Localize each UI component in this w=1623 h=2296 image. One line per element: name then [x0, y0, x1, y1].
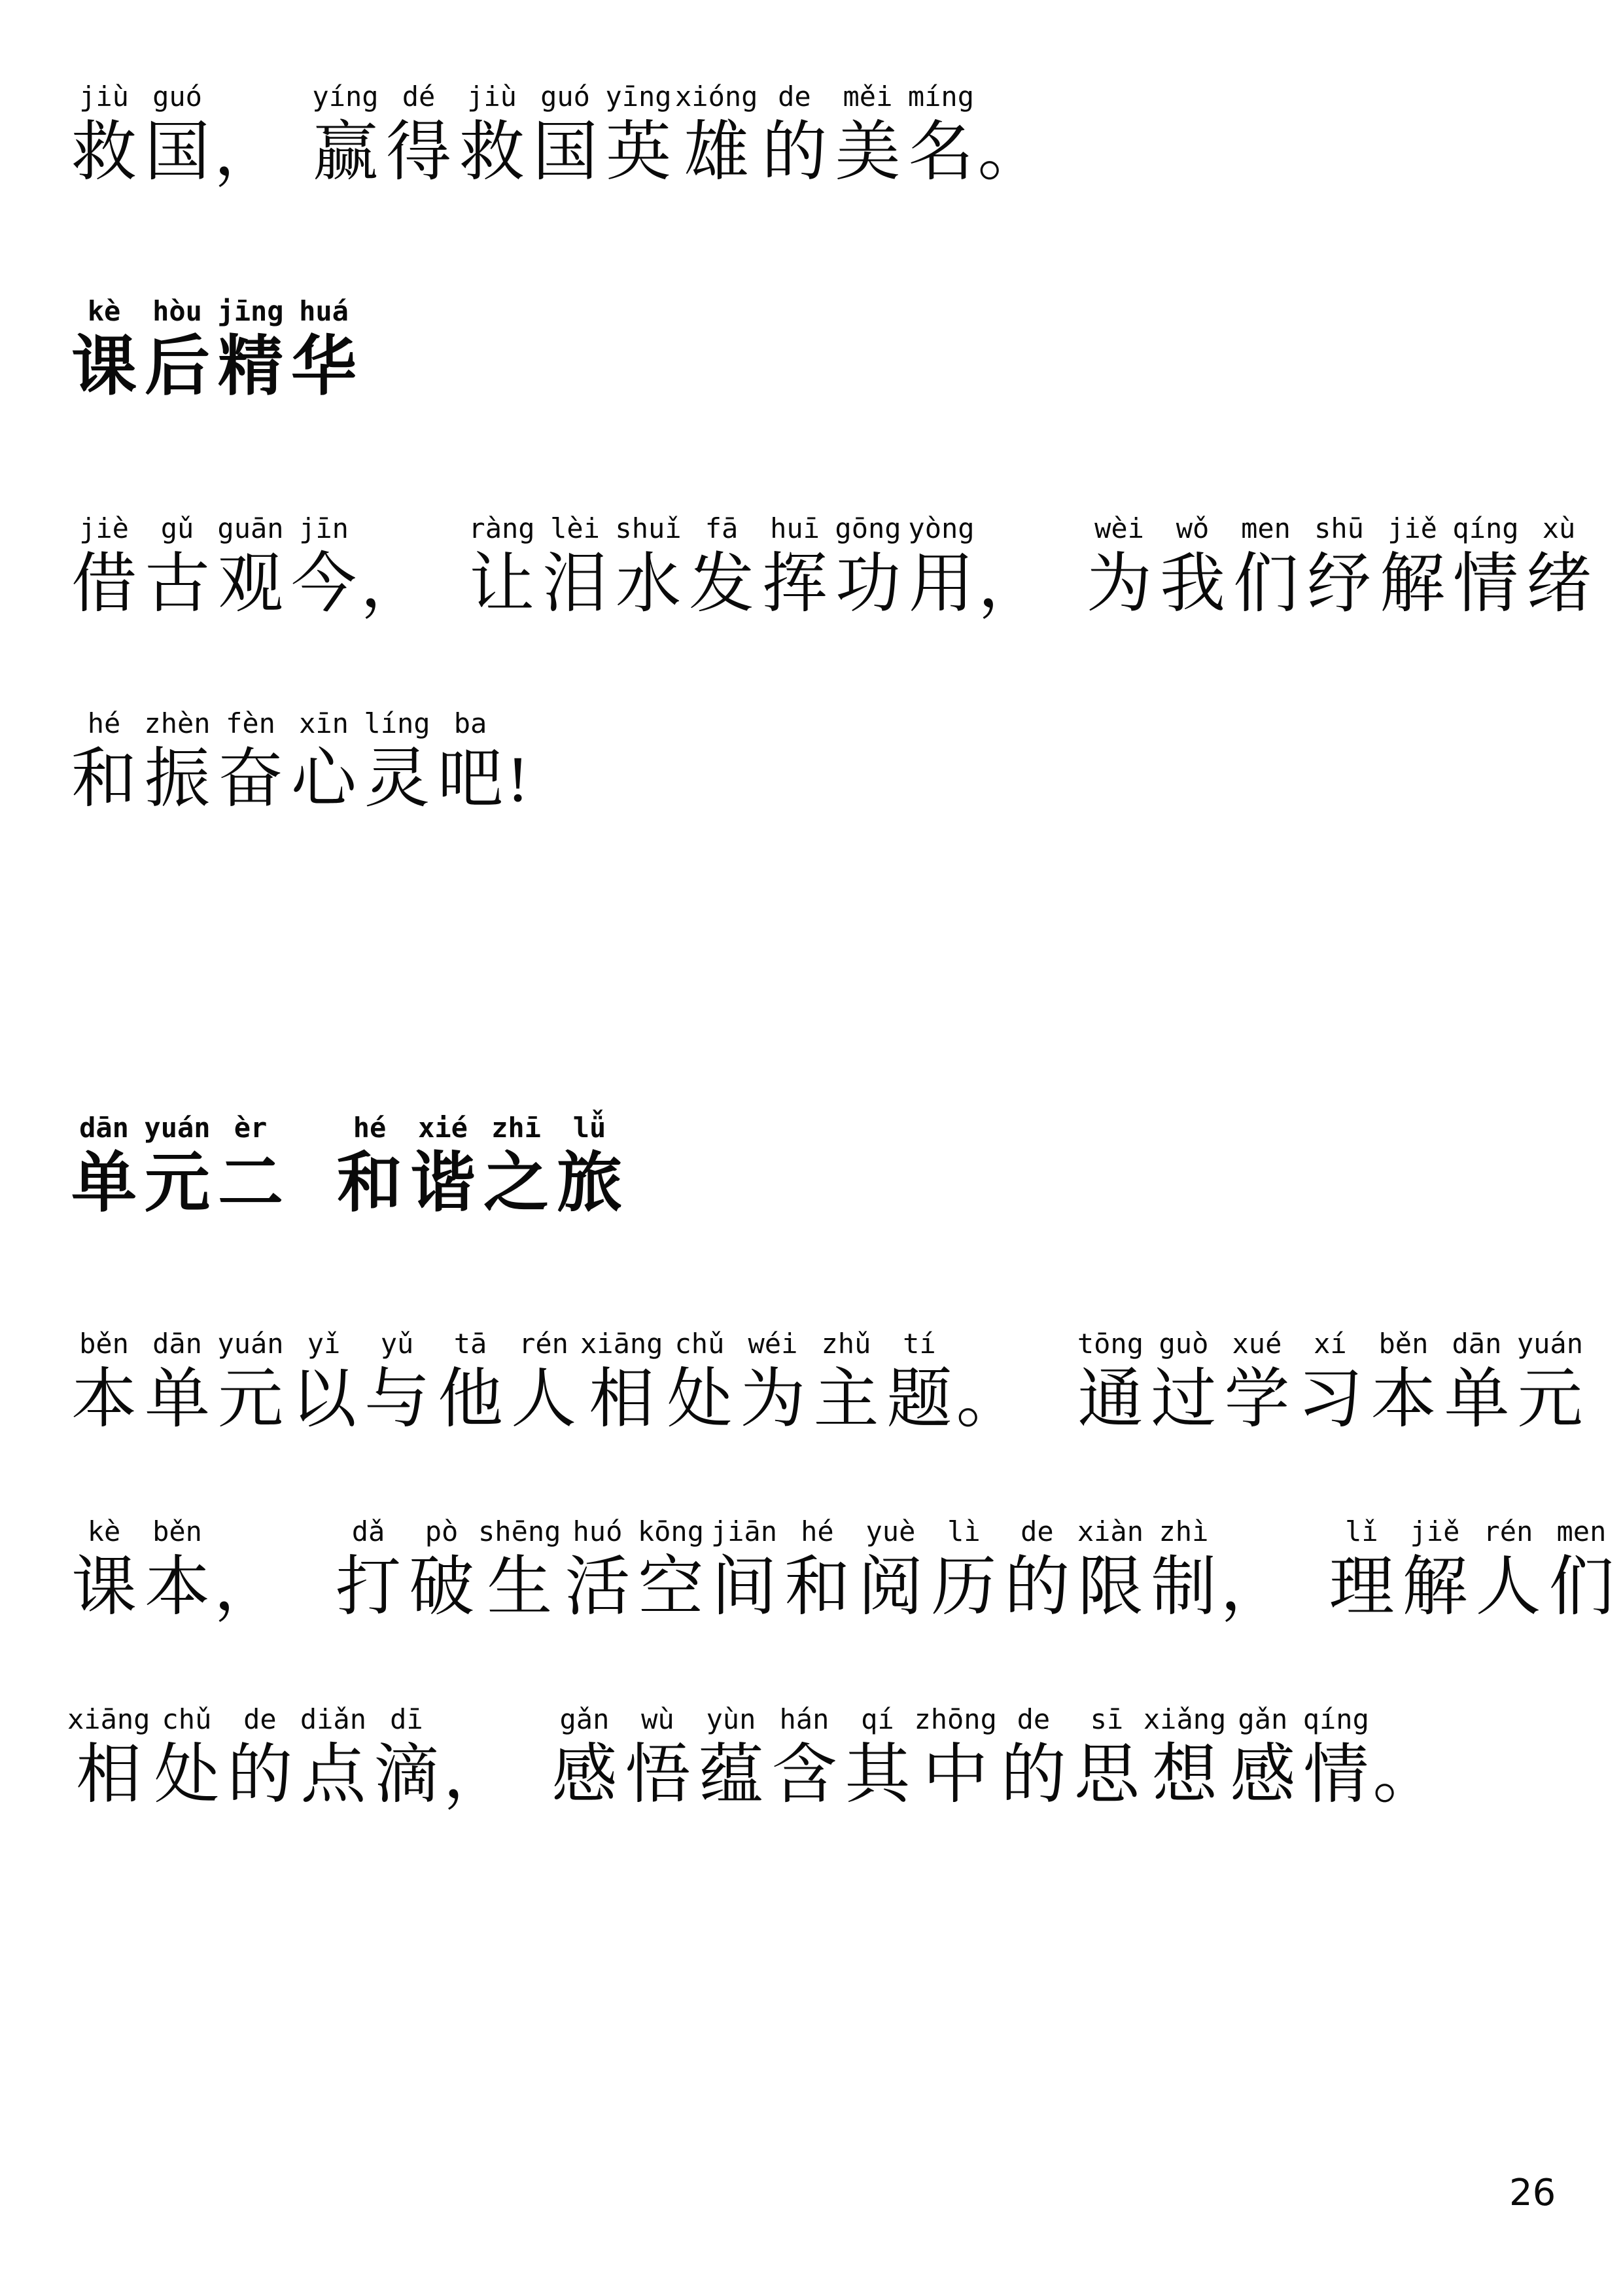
pinyin-text: qíng — [1303, 1703, 1369, 1737]
ruby-unit: xiàn限 — [1073, 1515, 1147, 1626]
hanzi-text: 打 — [336, 1549, 401, 1626]
ruby-unit: shū纾 — [1302, 512, 1376, 623]
hanzi-text: 的 — [227, 1737, 292, 1814]
pinyin-text: shēng — [478, 1515, 561, 1549]
ruby-unit: jīn今 — [287, 512, 360, 623]
pinyin-text: de — [1017, 1703, 1051, 1737]
page-number: 26 — [1509, 2174, 1556, 2213]
hanzi-text: 学 — [1224, 1361, 1289, 1438]
hanzi-text: ， — [214, 1549, 279, 1626]
pinyin-hanzi-line: běn本dān单yuán元yǐ以yǔ与tā他rén人xiāng相chǔ处wéi为… — [67, 1327, 1586, 1438]
hanzi-text: 处 — [667, 1361, 732, 1438]
hanzi-text: 制 — [1151, 1549, 1216, 1626]
hanzi-text: ， — [443, 1737, 508, 1814]
ruby-unit: xiǎng想 — [1143, 1703, 1226, 1814]
hanzi-text: 课 — [71, 328, 137, 406]
ruby-unit: ! — [507, 707, 534, 818]
hanzi-text: 雄 — [684, 114, 749, 191]
ruby-unit: jiè借 — [67, 512, 141, 623]
ruby-unit: hé和 — [67, 707, 141, 818]
pinyin-hanzi-line: kè课běn本，dǎ打pò破shēng生huó活kōng空jiān间hé和yuè… — [67, 1515, 1618, 1626]
hanzi-text: 们 — [1548, 1549, 1614, 1626]
hanzi-text: 今 — [291, 546, 357, 623]
hanzi-text: 们 — [1233, 546, 1299, 623]
hanzi-text: 谐 — [410, 1145, 476, 1222]
hanzi-text: 想 — [1152, 1737, 1217, 1814]
ruby-unit: men们 — [1544, 1515, 1618, 1626]
ruby-unit: shēng生 — [478, 1515, 561, 1626]
pinyin-text: jiù — [79, 80, 129, 114]
ruby-unit: gǎn感 — [1226, 1703, 1299, 1814]
pinyin-text: ràng — [468, 512, 534, 546]
hanzi-text: 元 — [1517, 1361, 1582, 1438]
ruby-unit: xiāng相 — [67, 1703, 150, 1814]
pinyin-text: pò — [425, 1515, 459, 1549]
hanzi-text: 名 — [908, 114, 973, 191]
hanzi-text: 。 — [1372, 1737, 1438, 1814]
pinyin-text: xióng — [675, 80, 758, 114]
ruby-unit: xí习 — [1293, 1327, 1367, 1438]
pinyin-hanzi-line: dān单yuán元èr二hé和xié谐zhī之lǚ旅 — [67, 1111, 626, 1222]
ruby-unit: yuán元 — [1513, 1327, 1586, 1438]
pinyin-text: dān — [79, 1111, 129, 1145]
ruby-unit: lì历 — [927, 1515, 1000, 1626]
pinyin-text: chǔ — [675, 1327, 725, 1361]
pinyin-text: zhǔ — [822, 1327, 871, 1361]
hanzi-text: 和 — [784, 1549, 850, 1626]
hanzi-text: 我 — [1160, 546, 1225, 623]
hanzi-text: 为 — [740, 1361, 805, 1438]
pinyin-text: lèi — [550, 512, 600, 546]
ruby-unit: dān单 — [1440, 1327, 1513, 1438]
pinyin-text: yòng — [908, 512, 974, 546]
pinyin-text: yuán — [1517, 1327, 1583, 1361]
pinyin-text: xié — [418, 1111, 468, 1145]
hanzi-text: ， — [360, 546, 426, 623]
pinyin-text: shū — [1314, 512, 1364, 546]
ruby-unit: zhǔ主 — [809, 1327, 882, 1438]
ruby-unit: yuè阅 — [854, 1515, 927, 1626]
hanzi-text: 处 — [154, 1737, 219, 1814]
ruby-unit: jiù救 — [455, 80, 529, 191]
ruby-unit: 。 — [956, 1327, 1021, 1438]
ruby-unit: men们 — [1229, 512, 1302, 623]
pinyin-text: xiāng — [67, 1703, 150, 1737]
hanzi-text: 以 — [291, 1361, 357, 1438]
ruby-unit: jiě解 — [1398, 1515, 1471, 1626]
ruby-unit: tōng通 — [1073, 1327, 1147, 1438]
hanzi-text: 为 — [1087, 546, 1152, 623]
ruby-unit: xióng雄 — [675, 80, 758, 191]
hanzi-text: ! — [507, 741, 529, 818]
hanzi-text: 点 — [300, 1737, 366, 1814]
ruby-unit: yíng赢 — [309, 80, 382, 191]
hanzi-text: 古 — [145, 546, 210, 623]
ruby-unit: diǎn点 — [296, 1703, 370, 1814]
ruby-unit: kè课 — [67, 294, 141, 406]
pinyin-text: jīn — [299, 512, 349, 546]
hanzi-text: 情 — [1453, 546, 1518, 623]
pinyin-text: dān — [1452, 1327, 1502, 1361]
pinyin-text: dān — [152, 1327, 202, 1361]
ruby-unit: dé得 — [382, 80, 455, 191]
hanzi-text: 相 — [589, 1361, 654, 1438]
hanzi-text: 活 — [565, 1549, 630, 1626]
hanzi-text: 元 — [145, 1145, 210, 1222]
pinyin-text: guó — [152, 80, 202, 114]
hanzi-text: 主 — [813, 1361, 879, 1438]
pinyin-text: běn — [152, 1515, 202, 1549]
hanzi-text: 通 — [1077, 1361, 1143, 1438]
hanzi-text: 和 — [337, 1145, 402, 1222]
ruby-unit: xù绪 — [1522, 512, 1596, 623]
hanzi-text: 本 — [1370, 1361, 1436, 1438]
ruby-unit: qíng情 — [1299, 1703, 1372, 1814]
ruby-unit — [1043, 512, 1083, 623]
pinyin-text: qíng — [1452, 512, 1518, 546]
ruby-unit: ， — [214, 1515, 279, 1626]
hanzi-text: 灵 — [364, 741, 430, 818]
ruby-unit: dān单 — [141, 1327, 214, 1438]
pinyin-text: hé — [801, 1515, 834, 1549]
pinyin-text: huá — [299, 294, 349, 328]
pinyin-text: jiān — [711, 1515, 777, 1549]
hanzi-text: 后 — [145, 328, 210, 406]
hanzi-text: 国 — [145, 114, 210, 191]
ruby-unit: wéi为 — [736, 1327, 809, 1438]
ruby-unit: pò破 — [405, 1515, 478, 1626]
pinyin-text: chǔ — [162, 1703, 212, 1737]
ruby-unit: gōng功 — [831, 512, 905, 623]
hanzi-text: 理 — [1329, 1549, 1394, 1626]
ruby-unit: zhì制 — [1147, 1515, 1220, 1626]
hanzi-text: 救 — [71, 114, 137, 191]
pinyin-text: xué — [1232, 1327, 1282, 1361]
hanzi-text: 间 — [711, 1549, 777, 1626]
hanzi-text: 解 — [1402, 1549, 1467, 1626]
pinyin-text: gōng — [835, 512, 901, 546]
ruby-unit: ， — [214, 80, 279, 191]
pinyin-text: hòu — [152, 294, 202, 328]
pinyin-text: běn — [79, 1327, 129, 1361]
pinyin-hanzi-line: hé和zhèn振fèn奋xīn心líng灵ba吧! — [67, 707, 534, 818]
hanzi-text: 的 — [1001, 1737, 1066, 1814]
hanzi-text: 借 — [71, 546, 137, 623]
pinyin-text: lǐ — [1345, 1515, 1378, 1549]
ruby-unit: zhèn振 — [141, 707, 214, 818]
pinyin-text: zhì — [1159, 1515, 1209, 1549]
hanzi-text: 让 — [469, 546, 534, 623]
ruby-unit: guó国 — [141, 80, 214, 191]
ruby-unit — [1285, 1515, 1325, 1626]
ruby-unit: lǚ旅 — [553, 1111, 626, 1222]
ruby-unit: hán含 — [767, 1703, 841, 1814]
ruby-unit: huó活 — [561, 1515, 634, 1626]
ruby-unit: ràng让 — [465, 512, 538, 623]
ruby-unit: jiù救 — [67, 80, 141, 191]
ruby-unit: de的 — [997, 1703, 1070, 1814]
ruby-unit: 。 — [1372, 1703, 1438, 1814]
hanzi-text: 相 — [76, 1737, 141, 1814]
hanzi-text: 单 — [71, 1145, 137, 1222]
ruby-unit: jiān间 — [707, 1515, 780, 1626]
ruby-unit: tí题 — [882, 1327, 956, 1438]
pinyin-text: tōng — [1077, 1327, 1143, 1361]
hanzi-text: 英 — [606, 114, 671, 191]
pinyin-text: yuè — [866, 1515, 916, 1549]
ruby-unit: líng灵 — [360, 707, 434, 818]
ruby-unit: xué学 — [1220, 1327, 1293, 1438]
pinyin-hanzi-line: xiāng相chǔ处de的diǎn点dī滴，gǎn感wù悟yùn蕴hán含qí其… — [67, 1703, 1438, 1814]
hanzi-text: ， — [1220, 1549, 1285, 1626]
pinyin-text: qí — [861, 1703, 894, 1737]
hanzi-text: 精 — [218, 328, 283, 406]
ruby-unit: shuǐ水 — [612, 512, 685, 623]
hanzi-text: 。 — [977, 114, 1043, 191]
pinyin-text: xiàn — [1077, 1515, 1143, 1549]
ruby-unit: dī滴 — [370, 1703, 443, 1814]
ruby-unit: hòu后 — [141, 294, 214, 406]
pinyin-text: jiè — [79, 512, 129, 546]
pinyin-text: kè — [88, 294, 121, 328]
pinyin-text: lǚ — [573, 1111, 606, 1145]
pinyin-text: wǒ — [1176, 512, 1210, 546]
hanzi-text: 的 — [761, 114, 827, 191]
ruby-unit: hé和 — [333, 1111, 406, 1222]
ruby-unit: rén人 — [507, 1327, 580, 1438]
pinyin-text: de — [1021, 1515, 1054, 1549]
hanzi-text: 二 — [218, 1145, 283, 1222]
pinyin-text: jiě — [1387, 512, 1437, 546]
pinyin-text: měi — [843, 80, 893, 114]
pinyin-text: gǔ — [161, 512, 194, 546]
ruby-unit: xiāng相 — [580, 1327, 663, 1438]
pinyin-text: xīn — [299, 707, 349, 741]
pinyin-text: hán — [780, 1703, 829, 1737]
hanzi-text: 蕴 — [698, 1737, 763, 1814]
hanzi-text: 华 — [291, 328, 357, 406]
hanzi-text: 救 — [459, 114, 525, 191]
ruby-unit: zhōng中 — [914, 1703, 996, 1814]
hanzi-text: 单 — [145, 1361, 210, 1438]
pinyin-text: yùn — [707, 1703, 756, 1737]
ruby-unit: dǎ打 — [332, 1515, 405, 1626]
pinyin-text: men — [1241, 512, 1291, 546]
hanzi-text: 与 — [364, 1361, 430, 1438]
ruby-unit: yǐ以 — [287, 1327, 360, 1438]
hanzi-text: 挥 — [762, 546, 828, 623]
ruby-unit: měi美 — [831, 80, 904, 191]
hanzi-text: 功 — [835, 546, 901, 623]
hanzi-text: 历 — [931, 1549, 996, 1626]
ruby-unit: wù悟 — [621, 1703, 694, 1814]
ruby-unit: tā他 — [434, 1327, 507, 1438]
pinyin-text: ba — [454, 707, 487, 741]
ruby-unit: kè课 — [67, 1515, 141, 1626]
pinyin-text: xiǎng — [1143, 1703, 1226, 1737]
ruby-unit: de的 — [1000, 1515, 1073, 1626]
hanzi-text: 绪 — [1526, 546, 1592, 623]
hanzi-text: 悟 — [625, 1737, 690, 1814]
ruby-unit: gǎn感 — [548, 1703, 621, 1814]
ruby-unit: huī挥 — [758, 512, 831, 623]
ruby-unit: ， — [443, 1703, 508, 1814]
hanzi-text: 解 — [1380, 546, 1445, 623]
hanzi-text: 感 — [1230, 1737, 1295, 1814]
hanzi-text: 过 — [1151, 1361, 1216, 1438]
ruby-unit: zhī之 — [480, 1111, 553, 1222]
pinyin-text: jiù — [467, 80, 517, 114]
ruby-unit — [508, 1703, 548, 1814]
pinyin-text: yǐ — [307, 1327, 341, 1361]
ruby-unit: guān观 — [214, 512, 287, 623]
pinyin-text: míng — [908, 80, 974, 114]
hanzi-text: 含 — [771, 1737, 837, 1814]
ruby-unit: qíng情 — [1449, 512, 1522, 623]
ruby-unit — [279, 1515, 332, 1626]
hanzi-text: 泪 — [542, 546, 608, 623]
pinyin-text: dé — [402, 80, 436, 114]
textbook-page: jiù救guó国，yíng赢dé得jiù救guó国yīng英xióng雄de的m… — [0, 0, 1623, 2296]
ruby-unit: chǔ处 — [663, 1327, 736, 1438]
ruby-unit: dān单 — [67, 1111, 141, 1222]
ruby-unit: yīng英 — [602, 80, 675, 191]
pinyin-text: zhèn — [144, 707, 210, 741]
pinyin-text: hé — [353, 1111, 387, 1145]
hanzi-text: 课 — [71, 1549, 137, 1626]
hanzi-text: 用 — [909, 546, 974, 623]
hanzi-text: 心 — [291, 741, 357, 818]
hanzi-text: 感 — [551, 1737, 617, 1814]
ruby-unit: yòng用 — [905, 512, 978, 623]
ruby-unit: yǔ与 — [360, 1327, 434, 1438]
ruby-unit: gǔ古 — [141, 512, 214, 623]
hanzi-text: 他 — [438, 1361, 503, 1438]
hanzi-text: 中 — [923, 1737, 988, 1814]
pinyin-text: tā — [454, 1327, 487, 1361]
hanzi-text: 赢 — [313, 114, 378, 191]
ruby-unit: rén人 — [1471, 1515, 1544, 1626]
pinyin-text: wù — [641, 1703, 674, 1737]
pinyin-text: huī — [770, 512, 820, 546]
ruby-unit: jiě解 — [1376, 512, 1449, 623]
pinyin-text: yíng — [312, 80, 378, 114]
pinyin-text: líng — [364, 707, 430, 741]
hanzi-text: 旅 — [557, 1145, 622, 1222]
pinyin-hanzi-line: jiè借gǔ古guān观jīn今，ràng让lèi泪shuǐ水fā发huī挥gō… — [67, 512, 1596, 623]
ruby-unit: yuán元 — [141, 1111, 214, 1222]
pinyin-text: de — [243, 1703, 277, 1737]
hanzi-text: 题 — [886, 1361, 952, 1438]
ruby-unit: běn本 — [141, 1515, 214, 1626]
hanzi-text: 限 — [1077, 1549, 1143, 1626]
pinyin-text: gǎn — [1238, 1703, 1287, 1737]
pinyin-text: jīng — [217, 294, 283, 328]
hanzi-text: 人 — [1475, 1549, 1541, 1626]
pinyin-text: diǎn — [300, 1703, 366, 1737]
hanzi-text: 本 — [145, 1549, 210, 1626]
hanzi-text: 元 — [218, 1361, 283, 1438]
pinyin-text: zhōng — [914, 1703, 996, 1737]
ruby-unit: ， — [978, 512, 1043, 623]
ruby-unit: sī思 — [1070, 1703, 1143, 1814]
ruby-unit — [426, 512, 465, 623]
ruby-unit: guó国 — [529, 80, 602, 191]
hanzi-text: 观 — [218, 546, 283, 623]
hanzi-text: 单 — [1444, 1361, 1509, 1438]
pinyin-text: guò — [1159, 1327, 1209, 1361]
ruby-unit: guò过 — [1147, 1327, 1220, 1438]
hanzi-text: 之 — [483, 1145, 549, 1222]
ruby-unit — [287, 1111, 333, 1222]
hanzi-text: 国 — [532, 114, 598, 191]
pinyin-text: lì — [947, 1515, 981, 1549]
pinyin-text: kè — [88, 1515, 121, 1549]
hanzi-text: 得 — [386, 114, 451, 191]
hanzi-text: 思 — [1074, 1737, 1140, 1814]
pinyin-text: kōng — [638, 1515, 704, 1549]
pinyin-text: dǎ — [352, 1515, 385, 1549]
hanzi-text: 人 — [511, 1361, 576, 1438]
pinyin-text: gǎn — [560, 1703, 610, 1737]
pinyin-text: shuǐ — [615, 512, 681, 546]
pinyin-text: fā — [705, 512, 739, 546]
ruby-unit: 。 — [977, 80, 1043, 191]
pinyin-text: yǔ — [381, 1327, 414, 1361]
pinyin-text: yuán — [144, 1111, 210, 1145]
hanzi-text: 的 — [1004, 1549, 1070, 1626]
hanzi-text: 吧 — [438, 741, 503, 818]
ruby-unit: xié谐 — [406, 1111, 480, 1222]
ruby-unit: míng名 — [904, 80, 977, 191]
ruby-unit: huá华 — [287, 294, 360, 406]
pinyin-text: fèn — [226, 707, 275, 741]
hanzi-text: 奋 — [218, 741, 283, 818]
pinyin-text: zhī — [491, 1111, 541, 1145]
pinyin-text: hé — [88, 707, 121, 741]
pinyin-text: wèi — [1094, 512, 1144, 546]
pinyin-hanzi-line: kè课hòu后jīng精huá华 — [67, 294, 360, 406]
hanzi-text: 生 — [487, 1549, 552, 1626]
ruby-unit: běn本 — [67, 1327, 141, 1438]
ruby-unit: fā发 — [685, 512, 758, 623]
hanzi-text: ， — [978, 546, 1043, 623]
pinyin-text: men — [1557, 1515, 1607, 1549]
hanzi-text: 情 — [1303, 1737, 1369, 1814]
pinyin-text: xí — [1314, 1327, 1347, 1361]
ruby-unit: yùn蕴 — [694, 1703, 767, 1814]
ruby-unit — [1021, 1327, 1073, 1438]
pinyin-hanzi-line: jiù救guó国，yíng赢dé得jiù救guó国yīng英xióng雄de的m… — [67, 80, 1043, 191]
pinyin-text: de — [778, 80, 811, 114]
pinyin-text: huó — [573, 1515, 623, 1549]
pinyin-text: yīng — [605, 80, 671, 114]
ruby-unit: kōng空 — [634, 1515, 707, 1626]
ruby-unit: èr二 — [214, 1111, 287, 1222]
ruby-unit: de的 — [758, 80, 831, 191]
hanzi-text: 振 — [145, 741, 210, 818]
hanzi-text: 本 — [71, 1361, 137, 1438]
ruby-unit: xīn心 — [287, 707, 360, 818]
pinyin-text: xiāng — [580, 1327, 663, 1361]
pinyin-text: tí — [903, 1327, 936, 1361]
pinyin-text: dī — [390, 1703, 423, 1737]
ruby-unit: fèn奋 — [214, 707, 287, 818]
pinyin-text: rén — [519, 1327, 568, 1361]
ruby-unit: ba吧 — [434, 707, 507, 818]
ruby-unit: de的 — [223, 1703, 296, 1814]
pinyin-text: rén — [1484, 1515, 1533, 1549]
